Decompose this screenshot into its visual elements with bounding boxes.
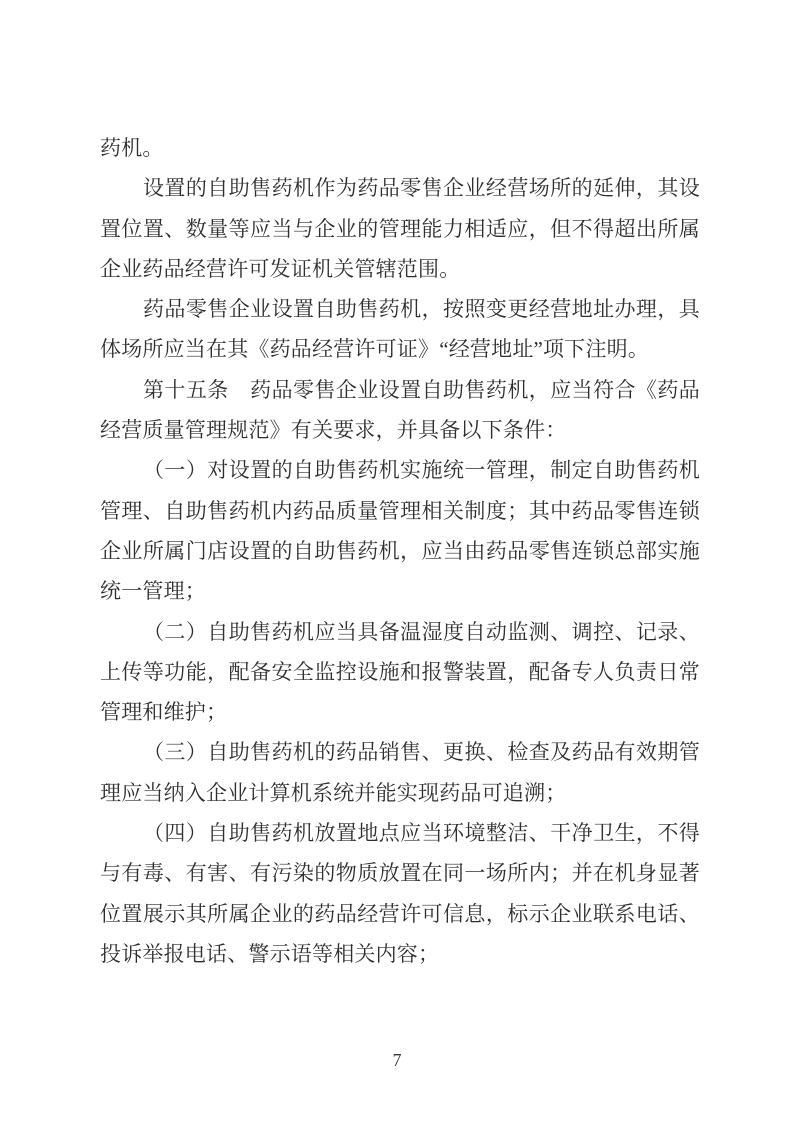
text-line: （一）对设置的自助售药机实施统一管理，制定自助售药机 xyxy=(100,450,700,490)
document-body: 药机。 设置的自助售药机作为药品零售企业经营场所的延伸，其设 置位置、数量等应当… xyxy=(100,128,700,974)
paragraph-item-2: （二）自助售药机应当具备温湿度自动监测、调控、记录、 上传等功能，配备安全监控设… xyxy=(100,612,700,733)
document-page: 药机。 设置的自助售药机作为药品零售企业经营场所的延伸，其设 置位置、数量等应当… xyxy=(0,0,794,1123)
paragraph-item-3: （三）自助售药机的药品销售、更换、检查及药品有效期管 理应当纳入企业计算机系统并… xyxy=(100,732,700,813)
text-line: 第十五条 药品零售企业设置自助售药机，应当符合《药品 xyxy=(100,370,700,410)
text-line: 设置的自助售药机作为药品零售企业经营场所的延伸，其设 xyxy=(100,168,700,208)
text-line: 药机。 xyxy=(100,128,700,168)
text-line: 管理和维护； xyxy=(100,692,700,732)
paragraph-machine-placement: 设置的自助售药机作为药品零售企业经营场所的延伸，其设 置位置、数量等应当与企业的… xyxy=(100,168,700,289)
text-line: 位置展示其所属企业的药品经营许可信息，标示企业联系电话、 xyxy=(100,894,700,934)
text-line: （四）自助售药机放置地点应当环境整洁、干净卫生，不得 xyxy=(100,813,700,853)
paragraph-continuation: 药机。 xyxy=(100,128,700,168)
text-line: 上传等功能，配备安全监控设施和报警装置，配备专人负责日常 xyxy=(100,652,700,692)
text-line: 管理、自助售药机内药品质量管理相关制度；其中药品零售连锁 xyxy=(100,491,700,531)
text-line: 理应当纳入企业计算机系统并能实现药品可追溯； xyxy=(100,773,700,813)
text-line: 置位置、数量等应当与企业的管理能力相适应，但不得超出所属 xyxy=(100,209,700,249)
text-line: （二）自助售药机应当具备温湿度自动监测、调控、记录、 xyxy=(100,612,700,652)
paragraph-item-4: （四）自助售药机放置地点应当环境整洁、干净卫生，不得 与有毒、有害、有污染的物质… xyxy=(100,813,700,974)
text-line: 体场所应当在其《药品经营许可证》“经营地址”项下注明。 xyxy=(100,329,700,369)
text-line: 企业所属门店设置的自助售药机，应当由药品零售连锁总部实施 xyxy=(100,531,700,571)
paragraph-article-15: 第十五条 药品零售企业设置自助售药机，应当符合《药品 经营质量管理规范》有关要求… xyxy=(100,370,700,451)
text-line: 统一管理； xyxy=(100,571,700,611)
text-line: 企业药品经营许可发证机关管辖范围。 xyxy=(100,249,700,289)
text-line: 药品零售企业设置自助售药机，按照变更经营地址办理，具 xyxy=(100,289,700,329)
text-line: 经营质量管理规范》有关要求，并具备以下条件： xyxy=(100,410,700,450)
paragraph-address-change: 药品零售企业设置自助售药机，按照变更经营地址办理，具 体场所应当在其《药品经营许… xyxy=(100,289,700,370)
text-line: （三）自助售药机的药品销售、更换、检查及药品有效期管 xyxy=(100,732,700,772)
page-number: 7 xyxy=(0,1050,794,1071)
text-line: 与有毒、有害、有污染的物质放置在同一场所内；并在机身显著 xyxy=(100,853,700,893)
text-line: 投诉举报电话、警示语等相关内容； xyxy=(100,934,700,974)
paragraph-item-1: （一）对设置的自助售药机实施统一管理，制定自助售药机 管理、自助售药机内药品质量… xyxy=(100,450,700,611)
